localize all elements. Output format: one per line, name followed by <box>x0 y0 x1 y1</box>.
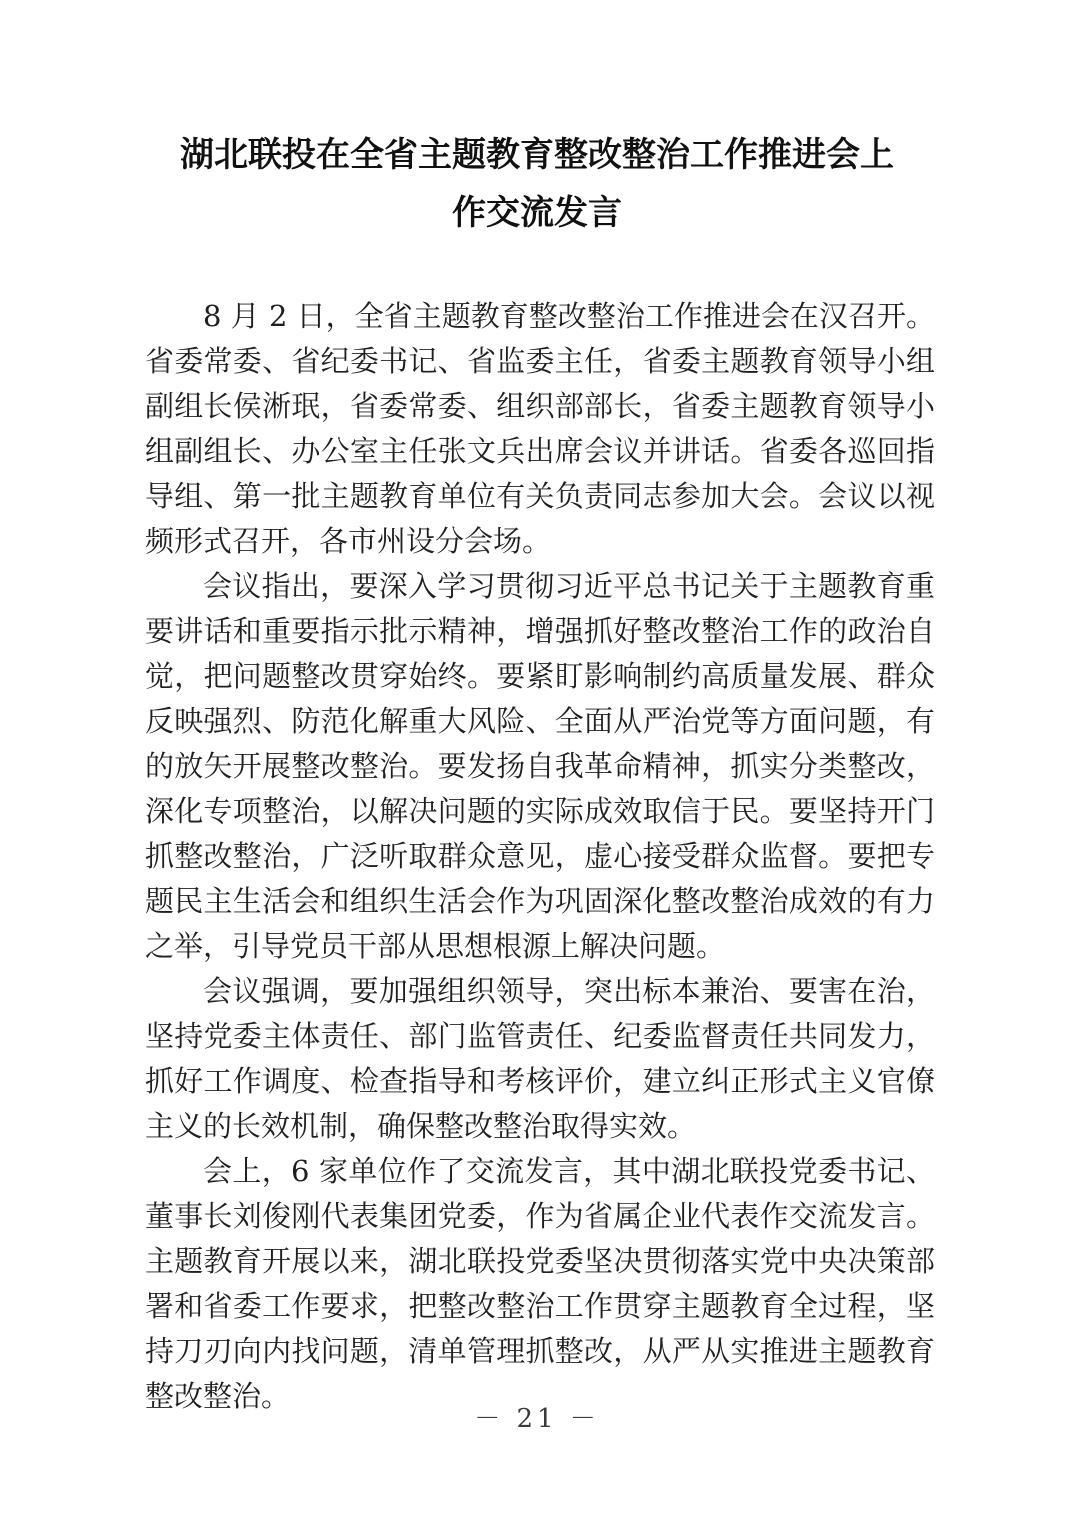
paragraph-3: 会议强调，要加强组织领导，突出标本兼治、要害在治，坚持党委主体责任、部门监管责任… <box>145 969 935 1149</box>
paragraph-4: 会上，6 家单位作了交流发言，其中湖北联投党委书记、董事长刘俊刚代表集团党委，作… <box>145 1149 935 1419</box>
document-page: 湖北联投在全省主题教育整改整治工作推进会上 作交流发言 8 月 2 日，全省主题… <box>0 0 1074 1520</box>
paragraph-2: 会议指出，要深入学习贯彻习近平总书记关于主题教育重要讲话和重要指示批示精神，增强… <box>145 564 935 969</box>
page-number: － 21 － <box>0 1398 1074 1435</box>
document-body: 8 月 2 日，全省主题教育整改整治工作推进会在汉召开。省委常委、省纪委书记、省… <box>145 294 935 1419</box>
document-title: 湖北联投在全省主题教育整改整治工作推进会上 作交流发言 <box>92 126 982 242</box>
document-title-line-2: 作交流发言 <box>92 184 982 242</box>
document-title-line-1: 湖北联投在全省主题教育整改整治工作推进会上 <box>92 126 982 184</box>
paragraph-1: 8 月 2 日，全省主题教育整改整治工作推进会在汉召开。省委常委、省纪委书记、省… <box>145 294 935 564</box>
